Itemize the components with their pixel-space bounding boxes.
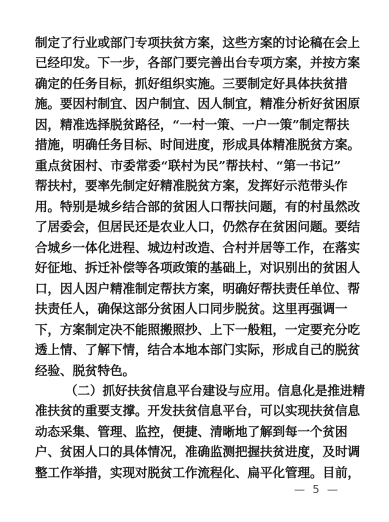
text-line: 动态采集、管理、监控，便捷、清晰地了解到每一个贫困 [35,422,341,442]
text-line: 了居委会，但居民还是农业人口，仍然存在贫困问题。要结 [35,217,341,237]
text-line: 帮扶村，要率先制定好精准脱贫方案，发挥好示范带头作 [35,176,341,196]
document-page: 制定了行业或部门专项扶贫方案，这些方案的讨论稿在会上 已经印发。下一步，各部门要… [0,0,389,522]
text-line: 措施，明确任务目标、时间进度，形成具体精准脱贫方案。 [35,135,341,155]
text-line: 合城乡一体化进程、城边村改造、合村并居等工作，在落实 [35,238,341,258]
text-line: 确定的任务目标，抓好组织实施。三要制定好具体扶贫措 [35,74,341,94]
section-heading-line: （二）抓好扶贫信息平台建设与应用。信息化是推进精 [35,381,341,401]
text-line: 准扶贫的重要支撑。开发扶贫信息平台，可以实现扶贫信息 [35,401,341,421]
page-number: — 5 — [292,483,342,496]
text-line: 重点贫困村、市委常委“联村为民”帮扶村、“第一书记” [35,156,341,176]
text-line: 户、贫困人口的具体情况，准确监测把握扶贫进度，及时调 [35,442,341,462]
text-line: 用。特别是城乡结合部的贫困人口帮扶问题，有的村虽然改 [35,197,341,217]
text-line: 下，方案制定决不能照搬照抄、上下一般粗，一定要充分吃 [35,320,341,340]
text-line-paragraph-end: 经验、脱贫特色。 [35,361,341,381]
text-line: 制定了行业或部门专项扶贫方案，这些方案的讨论稿在会上 [35,33,341,53]
text-line: 扶责任人，确保这部分贫困人口同步脱贫。这里再强调一 [35,299,341,319]
body-text: 制定了行业或部门专项扶贫方案，这些方案的讨论稿在会上 已经印发。下一步，各部门要… [35,33,341,483]
text-line: 好征地、拆迁补偿等各项政策的基础上，对识别出的贫困人 [35,258,341,278]
text-line: 口，因人因户精准制定帮扶方案，明确好帮扶责任单位、帮 [35,279,341,299]
text-line: 整工作举措，实现对脱贫工作流程化、扁平化管理。目前， [35,463,341,483]
text-line: 透上情、了解下情，结合本地本部门实际，形成自己的脱贫 [35,340,341,360]
text-line: 施。要因村制宜、因户制宜、因人制宜，精准分析好贫困原 [35,94,341,114]
text-line: 已经印发。下一步，各部门要完善出台专项方案，并按方案 [35,53,341,73]
text-line: 因，精准选择脱贫路径，“一村一策、一户一策”制定帮扶 [35,115,341,135]
